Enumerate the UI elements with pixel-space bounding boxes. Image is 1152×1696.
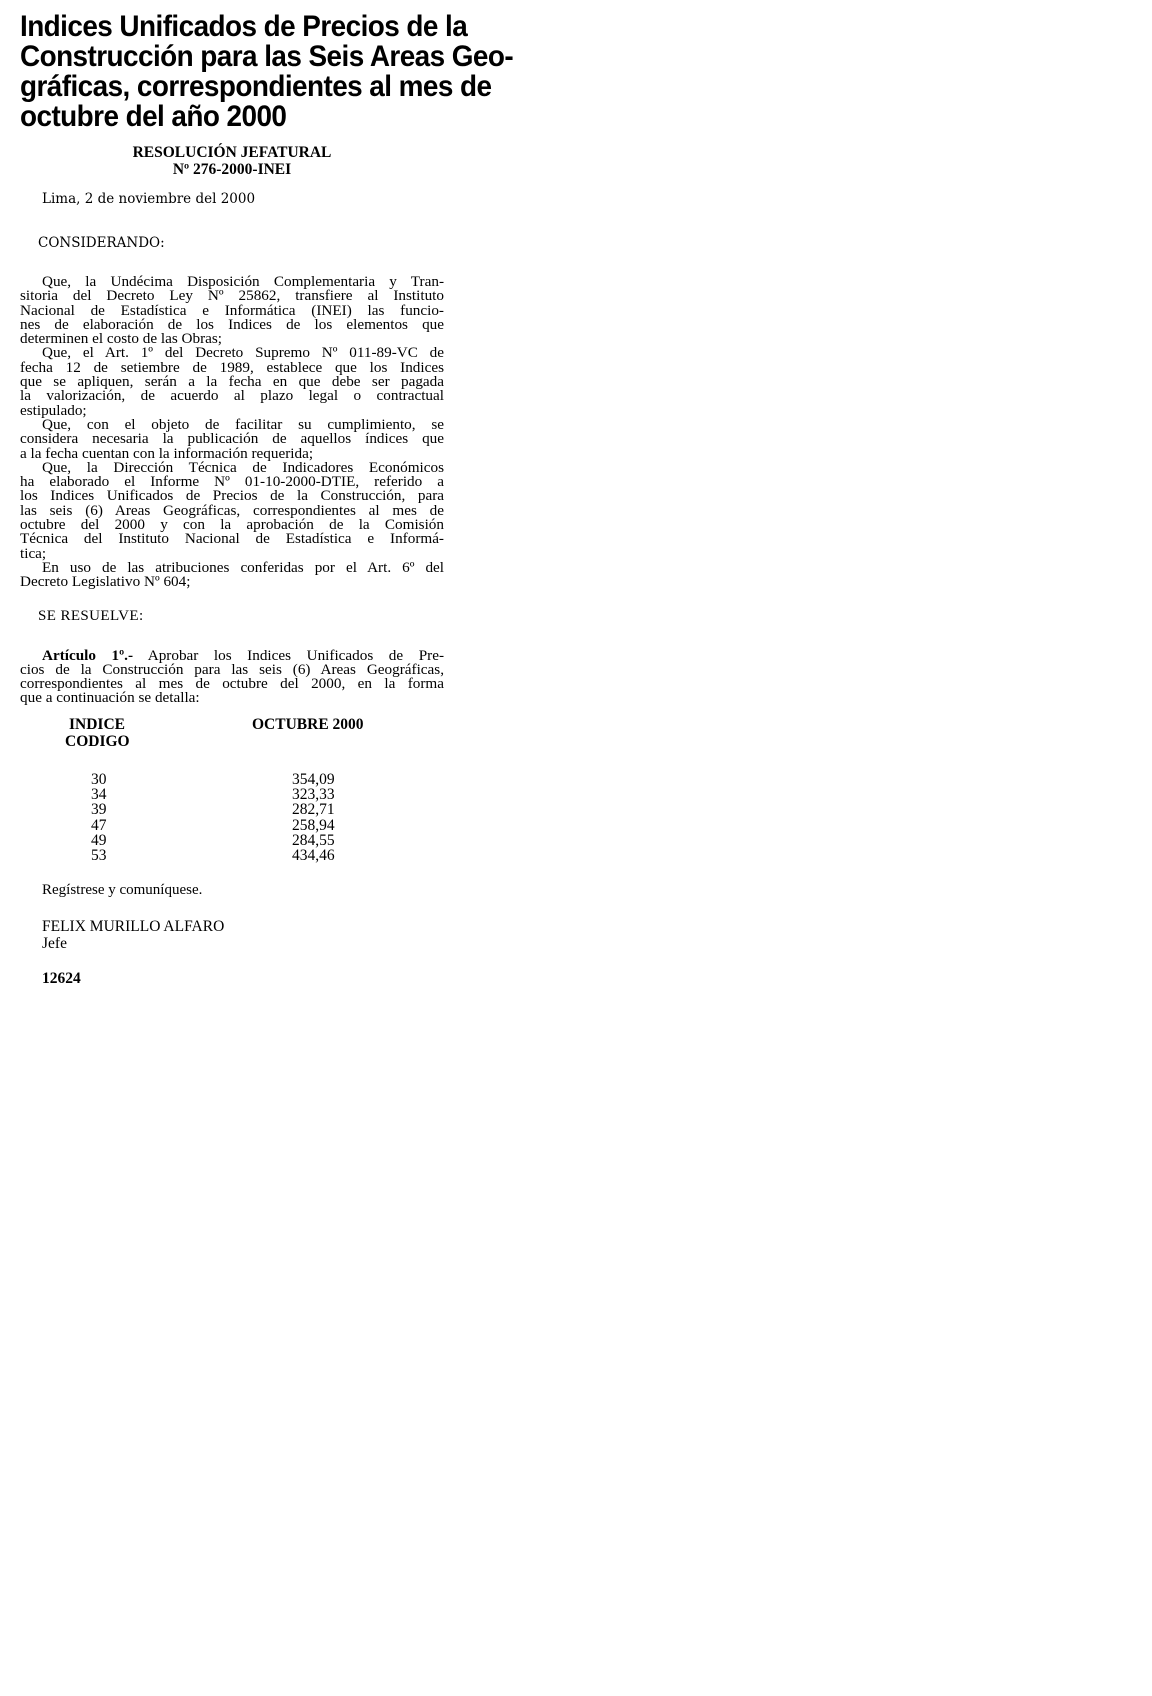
table-body: 30354,09 34323,33 39282,71 47258,94 4928… (20, 772, 444, 864)
text-line: Técnica del Instituto Nacional de Estadí… (20, 532, 444, 546)
place-date: Lima, 2 de noviembre del 2000 (20, 191, 444, 207)
considerando-body: Que, la Undécima Disposición Complementa… (20, 275, 444, 590)
resolution-number: Nº 276-2000-INEI (20, 161, 444, 178)
index-value: 354,09 (292, 772, 335, 787)
index-value: 282,71 (292, 802, 335, 817)
index-code: 49 (20, 833, 292, 848)
index-code: 34 (20, 787, 292, 802)
header-codigo: CODIGO (65, 733, 230, 750)
title-line: Construcción para las Seis Areas Geo- (20, 42, 444, 72)
header-indice-codigo: INDICE CODIGO (20, 716, 230, 750)
table-row: 39282,71 (20, 802, 444, 817)
closing-formula: Regístrese y comuníquese. (20, 882, 444, 899)
paragraph: Artículo 1º.- Aprobar los Indices Unific… (20, 649, 444, 706)
index-value: 434,46 (292, 848, 335, 863)
paragraph: Que, la Undécima Disposición Complementa… (20, 275, 444, 346)
header-octubre-2000: OCTUBRE 2000 (230, 716, 364, 750)
index-code: 47 (20, 818, 292, 833)
resolution-heading: RESOLUCIÓN JEFATURAL Nº 276-2000-INEI (20, 144, 444, 178)
title-line: gráficas, correspondientes al mes de (20, 72, 444, 102)
text-line: que a continuación se detalla: (20, 691, 444, 705)
resuelve-heading: SE RESUELVE: (20, 608, 444, 625)
table-row: 30354,09 (20, 772, 444, 787)
considerando-heading: CONSIDERANDO: (20, 235, 444, 251)
index-value: 323,33 (292, 787, 335, 802)
paragraph: Que, el Art. 1º del Decreto Supremo Nº 0… (20, 346, 444, 417)
index-table: INDICE CODIGO OCTUBRE 2000 30354,09 3432… (20, 716, 444, 864)
paragraph: Que, la Dirección Técnica de Indicadores… (20, 461, 444, 561)
table-row: 53434,46 (20, 848, 444, 863)
index-code: 53 (20, 848, 292, 863)
table-row: 49284,55 (20, 833, 444, 848)
article-1: Artículo 1º.- Aprobar los Indices Unific… (20, 649, 444, 706)
index-value: 284,55 (292, 833, 335, 848)
resolution-type: RESOLUCIÓN JEFATURAL (20, 144, 444, 161)
table-row: 47258,94 (20, 818, 444, 833)
signatory-name: FELIX MURILLO ALFARO (42, 918, 444, 935)
index-code: 30 (20, 772, 292, 787)
publication-number: 12624 (20, 970, 444, 988)
index-code: 39 (20, 802, 292, 817)
header-indice: INDICE (65, 716, 230, 733)
document-column: Indices Unificados de Precios de la Cons… (20, 12, 444, 988)
table-header: INDICE CODIGO OCTUBRE 2000 (20, 716, 444, 750)
title-line: Indices Unificados de Precios de la (20, 12, 444, 42)
signature-block: FELIX MURILLO ALFARO Jefe (20, 918, 444, 952)
paragraph: Que, con el objeto de facilitar su cumpl… (20, 418, 444, 461)
text-line: Decreto Legislativo Nº 604; (20, 575, 444, 589)
document-title: Indices Unificados de Precios de la Cons… (20, 12, 444, 132)
paragraph: En uso de las atribuciones conferidas po… (20, 561, 444, 590)
table-row: 34323,33 (20, 787, 444, 802)
index-value: 258,94 (292, 818, 335, 833)
signatory-title: Jefe (42, 935, 444, 952)
title-line: octubre del año 2000 (20, 102, 444, 132)
